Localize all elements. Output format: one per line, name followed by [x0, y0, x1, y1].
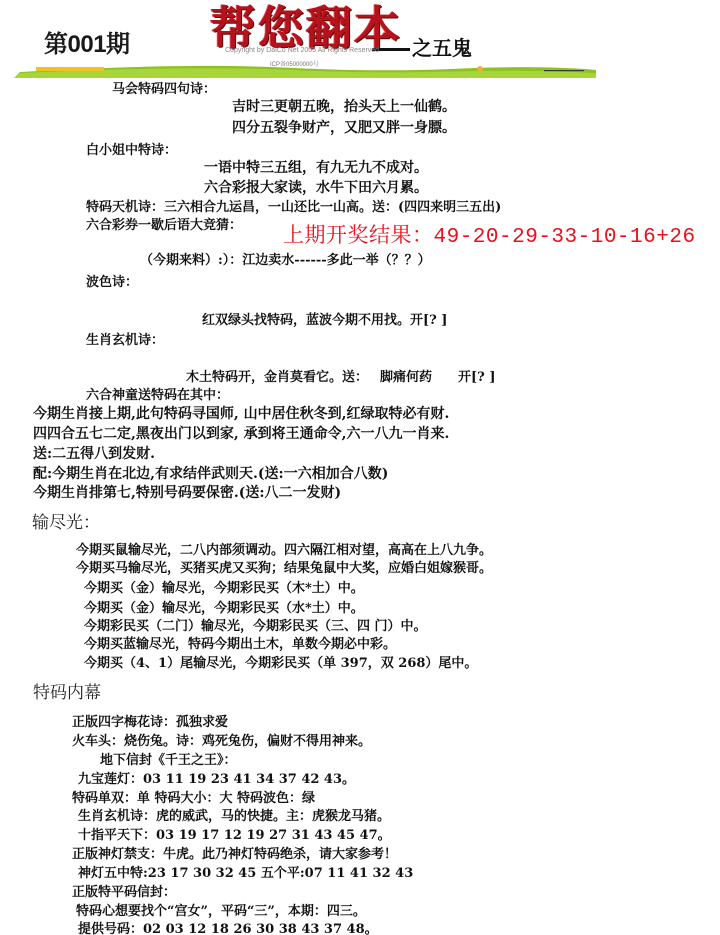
shujinguang-line: 今期买（4、1）尾输尽光，今期彩民买（单 397，双 268）尾中。	[84, 652, 477, 671]
shengxiao-poem-line: 木土特码开，金肖莫看它。送：脚痛何药开[? ]	[186, 366, 495, 385]
logo-subtitle: 之五鬼	[372, 32, 472, 61]
result-numbers: 49-20-29-33-10-16+26	[434, 226, 696, 249]
result-label: 上期开奖结果：	[283, 224, 434, 247]
bose-poem-line: 红双绿头找特码，蓝波今期不用找。开[? ]	[202, 309, 447, 328]
tianji-poem: 特码天机诗：三六相合九运昌，一山还比一山高。送：(四四来明三五出)	[86, 196, 501, 215]
temaneimu-line: 正版四字梅花诗：孤独求爱	[72, 711, 228, 730]
temaneimu-line: 火车头：烧伤兔。诗：鸡死兔伤，偏财不得用神来。	[72, 730, 371, 749]
shentong-line: 今期生肖排第七,特别号码要保密.(送:八二一发财)	[33, 482, 341, 502]
temaneimu-line: 正版神灯禁支：牛虎。此乃神灯特码绝杀，请大家参考！	[72, 843, 397, 862]
shentong-line: 今期生肖接上期,此句特码寻国师, 山中居住秋冬到,红绿取特必有财.	[33, 403, 449, 423]
mahui-poem-line: 吉时三更朝五晚，抬头天上一仙鹤。	[232, 96, 456, 116]
shujinguang-line: 今期买（金）输尽光，今期彩民买（木*土）中。	[84, 577, 364, 596]
temaneimu-line: 十指平天下：03 19 17 12 19 27 31 43 45 47。	[78, 824, 391, 843]
green-banner	[14, 64, 596, 78]
shengxiao-open: 开[? ]	[458, 370, 495, 385]
last-draw-result: 上期开奖结果：49-20-29-33-10-16+26	[283, 219, 696, 249]
temaneimu-line: 地下信封《千王之王》：	[100, 749, 237, 768]
shengxiao-line-text: 木土特码开，金肖莫看它。送：	[186, 370, 368, 385]
shujinguang-line: 今期买蓝输尽光，特码今期出土木，单数今期必中彩。	[84, 633, 396, 652]
temaneimu-title: 特码内幕	[33, 678, 101, 703]
copyright-text: Copyright by DaiCo Net 2005 All Rights R…	[225, 47, 379, 54]
logo-subtitle-text: 之五鬼	[412, 36, 472, 60]
temaneimu-line: 九宝莲灯：03 11 19 23 41 34 37 42 43。	[78, 768, 355, 787]
shujinguang-line: 今期买鼠输尽光，二八内部须调动。四六隔江相对望，高高在上八九争。	[76, 539, 492, 558]
bai-poem-line: 一语中特三五组，有九无九不成对。	[204, 157, 428, 177]
shujinguang-title: 输尽光：	[32, 508, 100, 533]
shentong-line: 配:今期生肖在北边,有求结伴武则天.(送:一六相加合八数)	[33, 463, 388, 483]
temaneimu-line: 正版特平码信封：	[72, 881, 176, 900]
issue-number: 第001期	[44, 24, 130, 59]
temaneimu-line: 提供号码：02 03 12 18 26 30 38 43 37 48。	[78, 918, 378, 935]
temaneimu-line: 特码心想要找个“宫女”，平码“三”，本期：四三。	[76, 900, 366, 919]
mahui-poem-title: 马会特码四句诗：	[112, 78, 216, 97]
shujinguang-line: 今期买（金）输尽光，今期彩民买（水*土）中。	[84, 597, 364, 616]
shentong-line: 四四合五七二定,黑夜出门以到家, 承到将王通命令,六一八九一肖来.	[33, 423, 449, 443]
xiehouyu-title: 六合彩券一歇后语大竞猜：	[86, 214, 242, 233]
decorative-icon	[477, 66, 483, 72]
xiehouyu-line: （今期来料）:）：江边卖水------多此一举（？？）	[140, 249, 431, 268]
shengxiao-gift: 脚痛何药	[380, 370, 432, 385]
shujinguang-line: 今期彩民买（二门）输尽光，今期彩民买（三、四 门）中。	[84, 615, 427, 634]
temaneimu-line: 神灯五中特:23 17 30 32 45 五个平:07 11 41 32 43	[78, 862, 413, 881]
temaneimu-line: 生肖玄机诗：虎的威武，马的快捷。主：虎猴龙马猪。	[78, 805, 390, 824]
shentong-line: 送:二五得八到发财.	[33, 443, 155, 463]
bai-poem-line: 六合彩报大家读，水牛下田六月累。	[204, 177, 428, 197]
mahui-poem-line: 四分五裂争财产，又肥又胖一身膘。	[232, 117, 456, 137]
shengxiao-poem-title: 生肖玄机诗：	[86, 329, 164, 348]
bose-poem-title: 波色诗：	[86, 271, 138, 290]
bai-poem-title: 白小姐中特诗：	[86, 139, 177, 158]
shujinguang-line: 今期买马输尽光，买猪买虎又买狗；结果兔鼠中大奖，应婚白姐嫁猴哥。	[76, 557, 492, 576]
shentong-title: 六合神童送特码在其中：	[86, 384, 229, 403]
temaneimu-line: 特码单双：单 特码大小：大 特码波色：绿	[72, 787, 315, 806]
